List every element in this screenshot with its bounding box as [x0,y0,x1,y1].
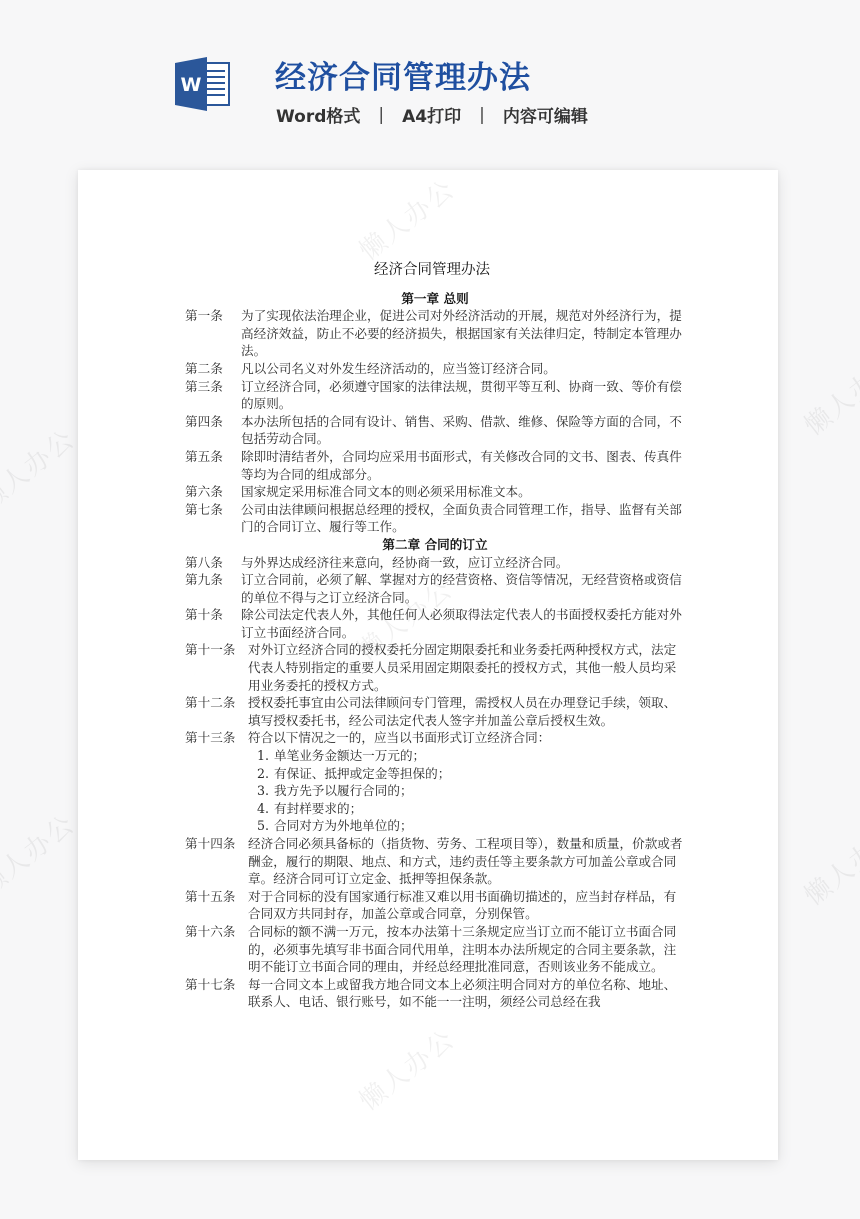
article-label: 第十一条 [185,641,248,694]
article-text: 订立经济合同，必须遵守国家的法律法规，贯彻平等互利、协商一致、等价有偿的原则。 [241,378,685,413]
article: 第十一条对外订立经济合同的授权委托分固定期限委托和业务委托两种授权方式，法定代表… [185,641,685,694]
article-label: 第八条 [185,554,241,572]
article: 第十五条对于合同标的没有国家通行标准又难以用书面确切描述的，应当封存样品，有合同… [185,888,685,923]
watermark: 懒人办公 [350,1019,461,1117]
article-text: 对外订立经济合同的授权委托分固定期限委托和业务委托两种授权方式，法定代表人特别指… [248,641,685,694]
list-item: 2.有保证、抵押或定金等担保的； [185,765,685,783]
article-label: 第十三条 [185,729,248,747]
article-label: 第七条 [185,501,241,536]
article: 第七条公司由法律顾问根据总经理的授权，全面负责合同管理工作，指导、监督有关部门的… [185,501,685,536]
article-label: 第十二条 [185,694,248,729]
article-label: 第十四条 [185,835,248,888]
svg-text:W: W [181,74,202,96]
article: 第十三条符合以下情况之一的，应当以书面形式订立经济合同： [185,729,685,747]
article-text: 授权委托事宜由公司法律顾问专门管理，需授权人员在办理登记手续，领取、填写授权委托… [248,694,685,729]
article-label: 第一条 [185,307,241,360]
document-page: 懒人办公 懒人办公 懒人办公 经济合同管理办法 第一章 总则 第一条为了实现依法… [78,170,778,1160]
article-text: 与外界达成经济往来意向，经协商一致，应订立经济合同。 [241,554,685,572]
feature-editable: 内容可编辑 [503,102,588,127]
watermark: 懒人办公 [0,419,82,517]
list-item: 5.合同对方为外地单位的； [185,817,685,835]
article-label: 第四条 [185,413,241,448]
article: 第一条为了实现依法治理企业，促进公司对外经济活动的开展，规范对外经济行为，提高经… [185,307,685,360]
article-text: 经济合同必须具备标的（指货物、劳务、工程项目等），数量和质量，价款或者酬金，履行… [248,835,685,888]
article-text: 除即时清结者外，合同均应采用书面形式，有关修改合同的文书、图表、传真件等均为合同… [241,448,685,483]
article-text: 凡以公司名义对外发生经济活动的，应当签订经济合同。 [241,360,685,378]
article-text: 订立合同前，必须了解、掌握对方的经营资格、资信等情况，无经营资格或资信的单位不得… [241,571,685,606]
chapter-heading: 第二章 合同的订立 [185,536,685,554]
chapter-heading: 第一章 总则 [185,290,685,308]
article: 第三条订立经济合同，必须遵守国家的法律法规，贯彻平等互利、协商一致、等价有偿的原… [185,378,685,413]
article: 第十二条授权委托事宜由公司法律顾问专门管理，需授权人员在办理登记手续，领取、填写… [185,694,685,729]
list-item: 1.单笔业务金额达一万元的； [185,747,685,765]
article: 第十四条经济合同必须具备标的（指货物、劳务、工程项目等），数量和质量，价款或者酬… [185,835,685,888]
document-body: 经济合同管理办法 第一章 总则 第一条为了实现依法治理企业，促进公司对外经济活动… [185,262,685,1011]
header-title: 经济合同管理办法 [275,52,531,97]
article-label: 第三条 [185,378,241,413]
article-text: 合同标的额不满一万元，按本办法第十三条规定应当订立而不能订立书面合同的，必须事先… [248,923,685,976]
article-text: 本办法所包括的合同有设计、销售、采购、借款、维修、保险等方面的合同，不包括劳动合… [241,413,685,448]
article-text: 符合以下情况之一的，应当以书面形式订立经济合同： [248,729,685,747]
article-label: 第十六条 [185,923,248,976]
article-text: 除公司法定代表人外，其他任何人必须取得法定代表人的书面授权委托方能对外订立书面经… [241,606,685,641]
feature-a4-print: A4打印 [402,102,461,127]
document-title: 经济合同管理办法 [179,262,685,280]
article-label: 第六条 [185,483,241,501]
article-text: 国家规定采用标准合同文本的则必须采用标准文本。 [241,483,685,501]
watermark: 懒人办公 [795,814,860,912]
article: 第十条除公司法定代表人外，其他任何人必须取得法定代表人的书面授权委托方能对外订立… [185,606,685,641]
article: 第四条本办法所包括的合同有设计、销售、采购、借款、维修、保险等方面的合同，不包括… [185,413,685,448]
separator: | [479,105,485,125]
article: 第五条除即时清结者外，合同均应采用书面形式，有关修改合同的文书、图表、传真件等均… [185,448,685,483]
article: 第八条与外界达成经济往来意向，经协商一致，应订立经济合同。 [185,554,685,572]
article: 第十七条每一合同文本上或留我方地合同文本上必须注明合同对方的单位名称、地址、联系… [185,976,685,1011]
article-text: 为了实现依法治理企业，促进公司对外经济活动的开展，规范对外经济行为，提高经济效益… [241,307,685,360]
article-label: 第二条 [185,360,241,378]
article: 第九条订立合同前，必须了解、掌握对方的经营资格、资信等情况，无经营资格或资信的单… [185,571,685,606]
article: 第二条凡以公司名义对外发生经济活动的，应当签订经济合同。 [185,360,685,378]
article-label: 第五条 [185,448,241,483]
watermark: 懒人办公 [0,804,82,902]
article-text: 对于合同标的没有国家通行标准又难以用书面确切描述的，应当封存样品，有合同双方共同… [248,888,685,923]
article-label: 第十七条 [185,976,248,1011]
article-text: 每一合同文本上或留我方地合同文本上必须注明合同对方的单位名称、地址、联系人、电话… [248,976,685,1011]
list-item: 4.有封样要求的； [185,800,685,818]
article-label: 第十条 [185,606,241,641]
separator: | [378,105,384,125]
watermark: 懒人办公 [795,344,860,442]
article: 第十六条合同标的额不满一万元，按本办法第十三条规定应当订立而不能订立书面合同的，… [185,923,685,976]
watermark: 懒人办公 [350,170,461,268]
word-icon: W [175,57,231,111]
article: 第六条国家规定采用标准合同文本的则必须采用标准文本。 [185,483,685,501]
list-item: 3.我方先予以履行合同的； [185,782,685,800]
feature-word-format: Word格式 [276,102,360,127]
article-label: 第九条 [185,571,241,606]
article-text: 公司由法律顾问根据总经理的授权，全面负责合同管理工作，指导、监督有关部门的合同订… [241,501,685,536]
header: W 经济合同管理办法 Word格式 | A4打印 | 内容可编辑 [0,0,860,160]
feature-list: Word格式 | A4打印 | 内容可编辑 [276,102,588,127]
article-label: 第十五条 [185,888,248,923]
